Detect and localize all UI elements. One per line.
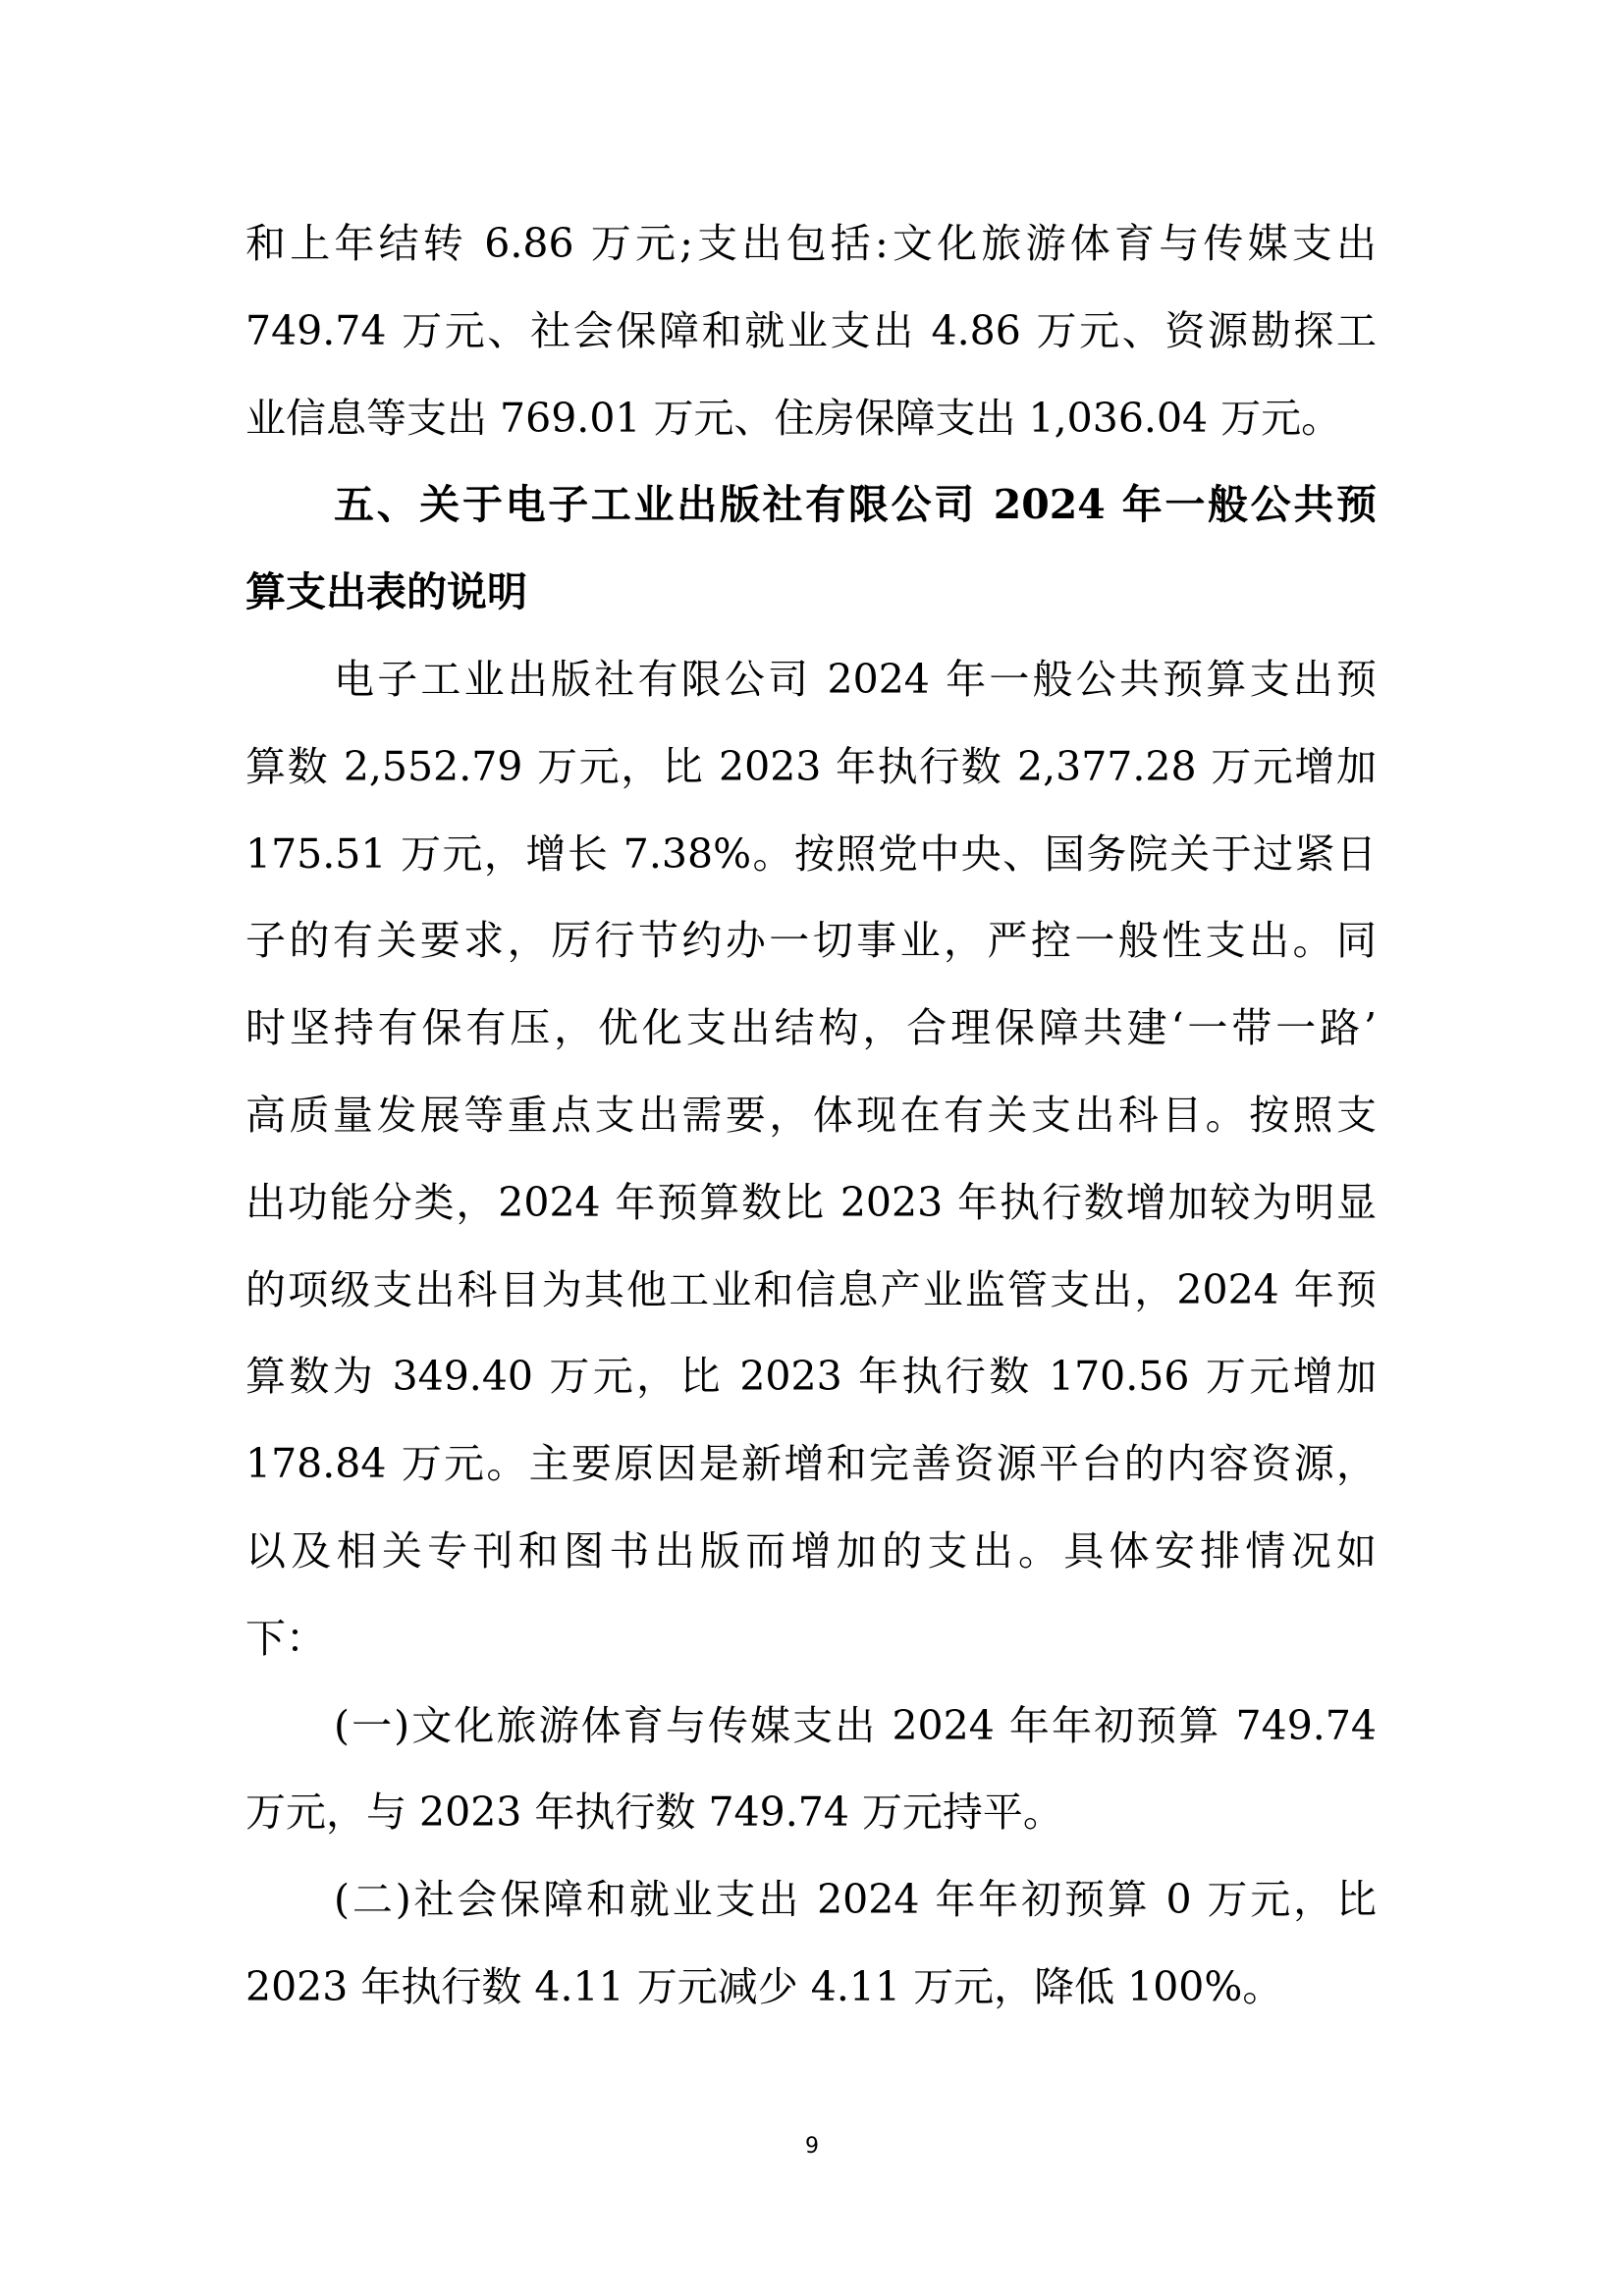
text-line: 和上年结转 6.86 万元;支出包括:文化旅游体育与传媒支出	[245, 200, 1377, 288]
text-line: 2023 年执行数 4.11 万元减少 4.11 万元，降低 100%。	[245, 1944, 1377, 2031]
text-line: 业信息等支出 769.01 万元、住房保障支出 1,036.04 万元。	[245, 375, 1377, 462]
text-line: 出功能分类，2024 年预算数比 2023 年执行数增加较为明显	[245, 1159, 1377, 1247]
text-line: 算数 2,552.79 万元，比 2023 年执行数 2,377.28 万元增加	[245, 723, 1377, 811]
text-line: 子的有关要求，厉行节约办一切事业，严控一般性支出。同	[245, 897, 1377, 985]
text-line: 的项级支出科目为其他工业和信息产业监管支出，2024 年预	[245, 1247, 1377, 1334]
text-line: 电子工业出版社有限公司 2024 年一般公共预算支出预	[245, 636, 1377, 723]
heading-line: 五、关于电子工业出版社有限公司 2024 年一般公共预	[245, 461, 1377, 549]
text-line: 算数为 349.40 万元，比 2023 年执行数 170.56 万元增加	[245, 1333, 1377, 1420]
text-line: 175.51 万元，增长 7.38%。按照党中央、国务院关于过紧日	[245, 811, 1377, 898]
text-line: (二)社会保障和就业支出 2024 年年初预算 0 万元，比	[245, 1856, 1377, 1944]
text-line: 以及相关专刊和图书出版而增加的支出。具体安排情况如	[245, 1508, 1377, 1595]
section-heading: 五、关于电子工业出版社有限公司 2024 年一般公共预 算支出表的说明	[245, 461, 1377, 636]
document-page: 和上年结转 6.86 万元;支出包括:文化旅游体育与传媒支出 749.74 万元…	[0, 0, 1624, 2296]
text-line: 高质量发展等重点支出需要，体现在有关支出科目。按照支	[245, 1072, 1377, 1159]
paragraph-explanation: 电子工业出版社有限公司 2024 年一般公共预算支出预 算数 2,552.79 …	[245, 636, 1377, 1682]
paragraph-item-1: (一)文化旅游体育与传媒支出 2024 年年初预算 749.74 万元，与 20…	[245, 1682, 1377, 1857]
text-line: 749.74 万元、社会保障和就业支出 4.86 万元、资源勘探工	[245, 288, 1377, 375]
paragraph-continuation: 和上年结转 6.86 万元;支出包括:文化旅游体育与传媒支出 749.74 万元…	[245, 200, 1377, 461]
text-line: (一)文化旅游体育与传媒支出 2024 年年初预算 749.74	[245, 1682, 1377, 1770]
paragraph-item-2: (二)社会保障和就业支出 2024 年年初预算 0 万元，比 2023 年执行数…	[245, 1856, 1377, 2031]
text-line: 178.84 万元。主要原因是新增和完善资源平台的内容资源，	[245, 1420, 1377, 1508]
text-line: 万元，与 2023 年执行数 749.74 万元持平。	[245, 1769, 1377, 1856]
page-number: 9	[0, 2132, 1624, 2162]
document-body: 和上年结转 6.86 万元;支出包括:文化旅游体育与传媒支出 749.74 万元…	[245, 200, 1377, 2031]
text-line: 时坚持有保有压，优化支出结构，合理保障共建‘一带一路’	[245, 985, 1377, 1072]
text-line: 下：	[245, 1595, 1377, 1682]
heading-line: 算支出表的说明	[245, 549, 1377, 636]
